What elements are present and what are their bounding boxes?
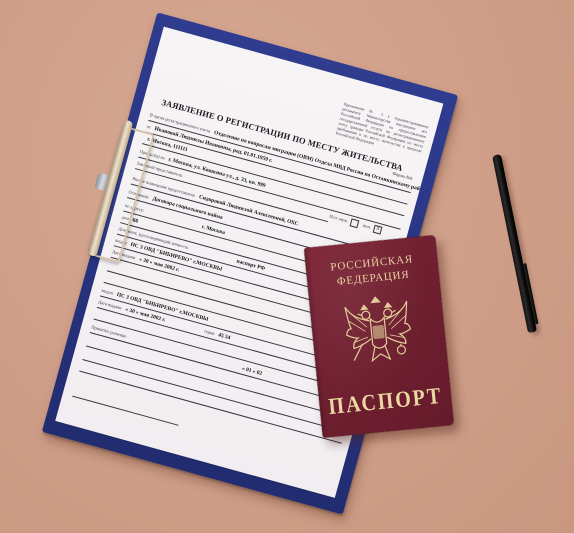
passport-word: ПАСПОРТ (319, 382, 453, 421)
male-checkbox (350, 218, 360, 228)
female-checkbox: X (373, 225, 383, 235)
passport: РОССИЙСКАЯ ФЕДЕРАЦИЯ (304, 235, 454, 438)
pen (492, 154, 537, 333)
pen-clip (523, 263, 538, 324)
photo-scene: Приложение № 3 к Административному регла… (0, 0, 574, 533)
double-headed-eagle-icon (340, 293, 417, 372)
